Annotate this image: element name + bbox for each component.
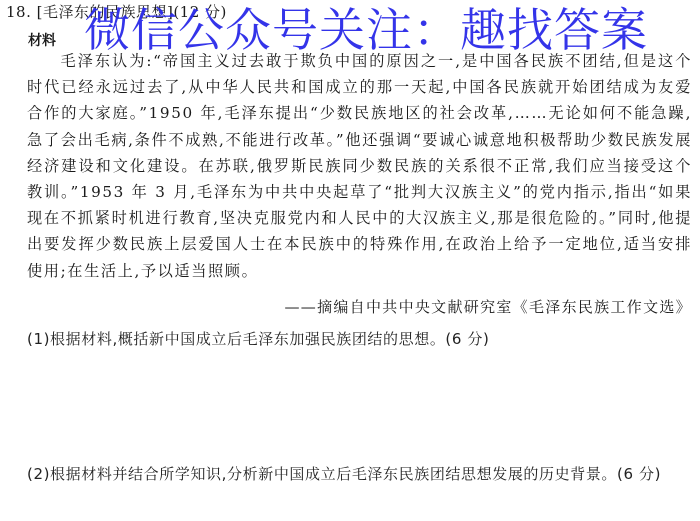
sub-question-1: (1)根据材料,概括新中国成立后毛泽东加强民族团结的思想。(6 分) (27, 327, 489, 351)
watermark-overlay: 微信公众号关注：趣找答案 (84, 2, 648, 58)
source-citation: ——摘编自中共中央文献研究室《毛泽东民族工作文选》 (284, 297, 692, 317)
sub-question-2: (2)根据材料并结合所学知识,分析新中国成立后毛泽东民族团结思想发展的历史背景。… (27, 462, 697, 486)
material-text: 毛泽东认为:“帝国主义过去敢于欺负中国的原因之一,是中国各民族不团结,但是这个时… (27, 48, 692, 284)
material-label: 材料 (28, 30, 56, 50)
exam-page: 18. [毛泽东的民族思想](12 分) 材料 毛泽东认为:“帝国主义过去敢于欺… (0, 0, 700, 521)
